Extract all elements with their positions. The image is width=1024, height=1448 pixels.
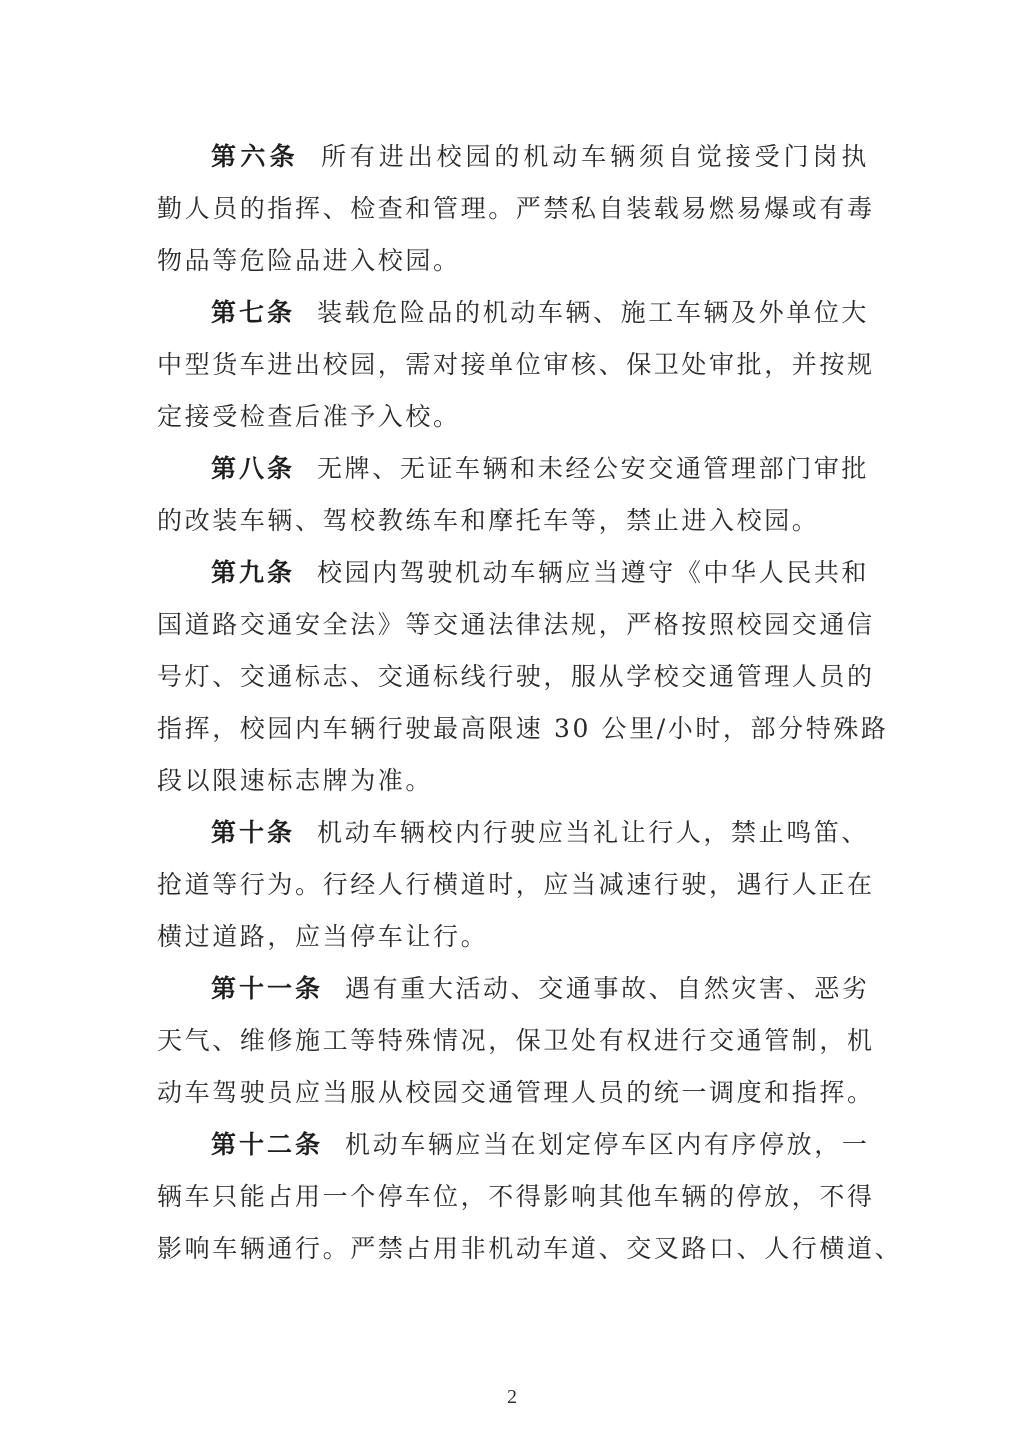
article-text: 校园内驾驶机动车辆应当遵守《中华人民共和	[317, 558, 869, 587]
article-line: 第七条装载危险品的机动车辆、施工车辆及外单位大	[157, 287, 869, 339]
article-line: 第十一条遇有重大活动、交通事故、自然灾害、恶劣	[157, 963, 869, 1015]
article-6: 第六条所有进出校园的机动车辆须自觉接受门岗执 勤人员的指挥、检查和管理。严禁私自…	[157, 131, 869, 287]
article-line: 指挥，校园内车辆行驶最高限速 30 公里/小时，部分特殊路	[157, 703, 869, 755]
article-line: 横过道路，应当停车让行。	[157, 911, 869, 963]
article-line: 第八条无牌、无证车辆和未经公安交通管理部门审批	[157, 443, 869, 495]
article-text: 机动车辆校内行驶应当礼让行人，禁止鸣笛、	[317, 818, 869, 847]
article-title: 第九条	[211, 558, 295, 587]
article-text: 机动车辆应当在划定停车区内有序停放，一	[345, 1130, 869, 1159]
article-8: 第八条无牌、无证车辆和未经公安交通管理部门审批 的改装车辆、驾校教练车和摩托车等…	[157, 443, 869, 547]
article-9: 第九条校园内驾驶机动车辆应当遵守《中华人民共和 国道路交通安全法》等交通法律法规…	[157, 547, 869, 807]
article-line: 天气、维修施工等特殊情况，保卫处有权进行交通管制，机	[157, 1015, 869, 1067]
article-title: 第六条	[211, 142, 299, 171]
article-line: 中型货车进出校园，需对接单位审核、保卫处审批，并按规	[157, 339, 869, 391]
article-10: 第十条机动车辆校内行驶应当礼让行人，禁止鸣笛、 抢道等行为。行经人行横道时，应当…	[157, 807, 869, 963]
article-text: 遇有重大活动、交通事故、自然灾害、恶劣	[345, 974, 869, 1003]
article-line: 物品等危险品进入校园。	[157, 235, 869, 287]
article-title: 第八条	[211, 454, 295, 483]
article-line: 定接受检查后准予入校。	[157, 391, 869, 443]
article-line: 第十二条机动车辆应当在划定停车区内有序停放，一	[157, 1119, 869, 1171]
article-line: 动车驾驶员应当服从校园交通管理人员的统一调度和指挥。	[157, 1067, 869, 1119]
article-11: 第十一条遇有重大活动、交通事故、自然灾害、恶劣 天气、维修施工等特殊情况，保卫处…	[157, 963, 869, 1119]
article-line: 影响车辆通行。严禁占用非机动车道、交叉路口、人行横道、	[157, 1223, 869, 1275]
page-number: 2	[0, 1386, 1024, 1409]
article-line: 段以限速标志牌为准。	[157, 755, 869, 807]
article-text: 所有进出校园的机动车辆须自觉接受门岗执	[321, 142, 869, 171]
document-body: 第六条所有进出校园的机动车辆须自觉接受门岗执 勤人员的指挥、检查和管理。严禁私自…	[157, 131, 869, 1275]
article-line: 抢道等行为。行经人行横道时，应当减速行驶，遇行人正在	[157, 859, 869, 911]
article-title: 第七条	[211, 298, 295, 327]
article-7: 第七条装载危险品的机动车辆、施工车辆及外单位大 中型货车进出校园，需对接单位审核…	[157, 287, 869, 443]
article-line: 的改装车辆、驾校教练车和摩托车等，禁止进入校园。	[157, 495, 869, 547]
article-line: 勤人员的指挥、检查和管理。严禁私自装载易燃易爆或有毒	[157, 183, 869, 235]
article-text: 无牌、无证车辆和未经公安交通管理部门审批	[317, 454, 869, 483]
article-line: 第九条校园内驾驶机动车辆应当遵守《中华人民共和	[157, 547, 869, 599]
article-title: 第十二条	[211, 1130, 323, 1159]
article-title: 第十条	[211, 818, 295, 847]
article-line: 号灯、交通标志、交通标线行驶，服从学校交通管理人员的	[157, 651, 869, 703]
article-line: 第六条所有进出校园的机动车辆须自觉接受门岗执	[157, 131, 869, 183]
article-line: 国道路交通安全法》等交通法律法规，严格按照校园交通信	[157, 599, 869, 651]
article-line: 第十条机动车辆校内行驶应当礼让行人，禁止鸣笛、	[157, 807, 869, 859]
article-title: 第十一条	[211, 974, 323, 1003]
document-page: 第六条所有进出校园的机动车辆须自觉接受门岗执 勤人员的指挥、检查和管理。严禁私自…	[0, 0, 1024, 1448]
article-line: 辆车只能占用一个停车位，不得影响其他车辆的停放，不得	[157, 1171, 869, 1223]
article-12: 第十二条机动车辆应当在划定停车区内有序停放，一 辆车只能占用一个停车位，不得影响…	[157, 1119, 869, 1275]
article-text: 装载危险品的机动车辆、施工车辆及外单位大	[317, 298, 869, 327]
